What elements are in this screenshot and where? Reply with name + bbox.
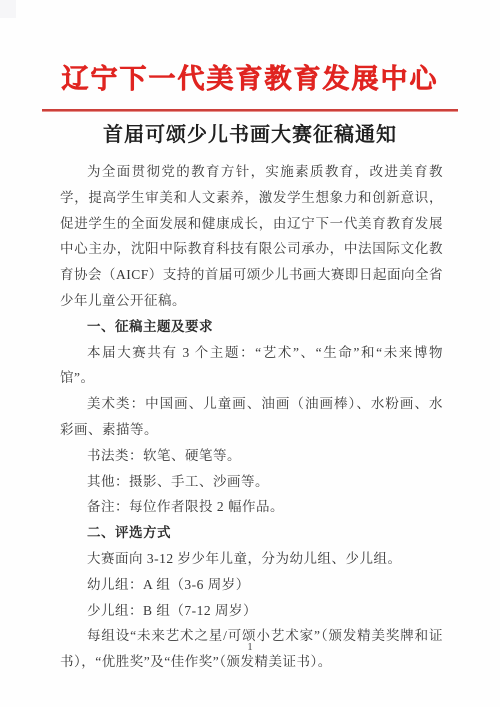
letterhead-divider xyxy=(42,109,458,112)
section-1-heading: 一、征稿主题及要求 xyxy=(60,314,443,340)
section-2-age-scope: 大赛面向 3-12 岁少年儿童，分为幼儿组、少儿组。 xyxy=(60,546,443,572)
section-1-other-categories: 其他：摄影、手工、沙画等。 xyxy=(60,469,443,495)
letterhead-org-name: 辽宁下一代美育教育发展中心 xyxy=(0,0,500,97)
section-1-art-categories: 美术类：中国画、儿童画、油画（油画棒）、水粉画、水彩画、素描等。 xyxy=(60,391,443,443)
document-body: 为全面贯彻党的教育方针，实施素质教育，改进美育教学，提高学生审美和人文素养，激发… xyxy=(60,159,443,675)
intro-paragraph: 为全面贯彻党的教育方针，实施素质教育，改进美育教学，提高学生审美和人文素养，激发… xyxy=(60,159,443,314)
section-1-themes: 本届大赛共有 3 个主题：“艺术”、“生命”和“未来博物馆”。 xyxy=(60,340,443,392)
scan-corner-artifact xyxy=(0,0,16,18)
section-1-note: 备注：每位作者限投 2 幅作品。 xyxy=(60,494,443,520)
section-2-group-a: 幼儿组：A 组（3-6 周岁） xyxy=(60,572,443,598)
section-2-group-b: 少儿组：B 组（7-12 周岁） xyxy=(60,598,443,624)
document-title: 首届可颂少儿书画大赛征稿通知 xyxy=(0,121,500,149)
section-1-calligraphy-categories: 书法类：软笔、硬笔等。 xyxy=(60,443,443,469)
section-2-heading: 二、评选方式 xyxy=(60,520,443,546)
page-number: 1 xyxy=(0,641,500,653)
document-page: 辽宁下一代美育教育发展中心 首届可颂少儿书画大赛征稿通知 为全面贯彻党的教育方针… xyxy=(0,0,500,707)
